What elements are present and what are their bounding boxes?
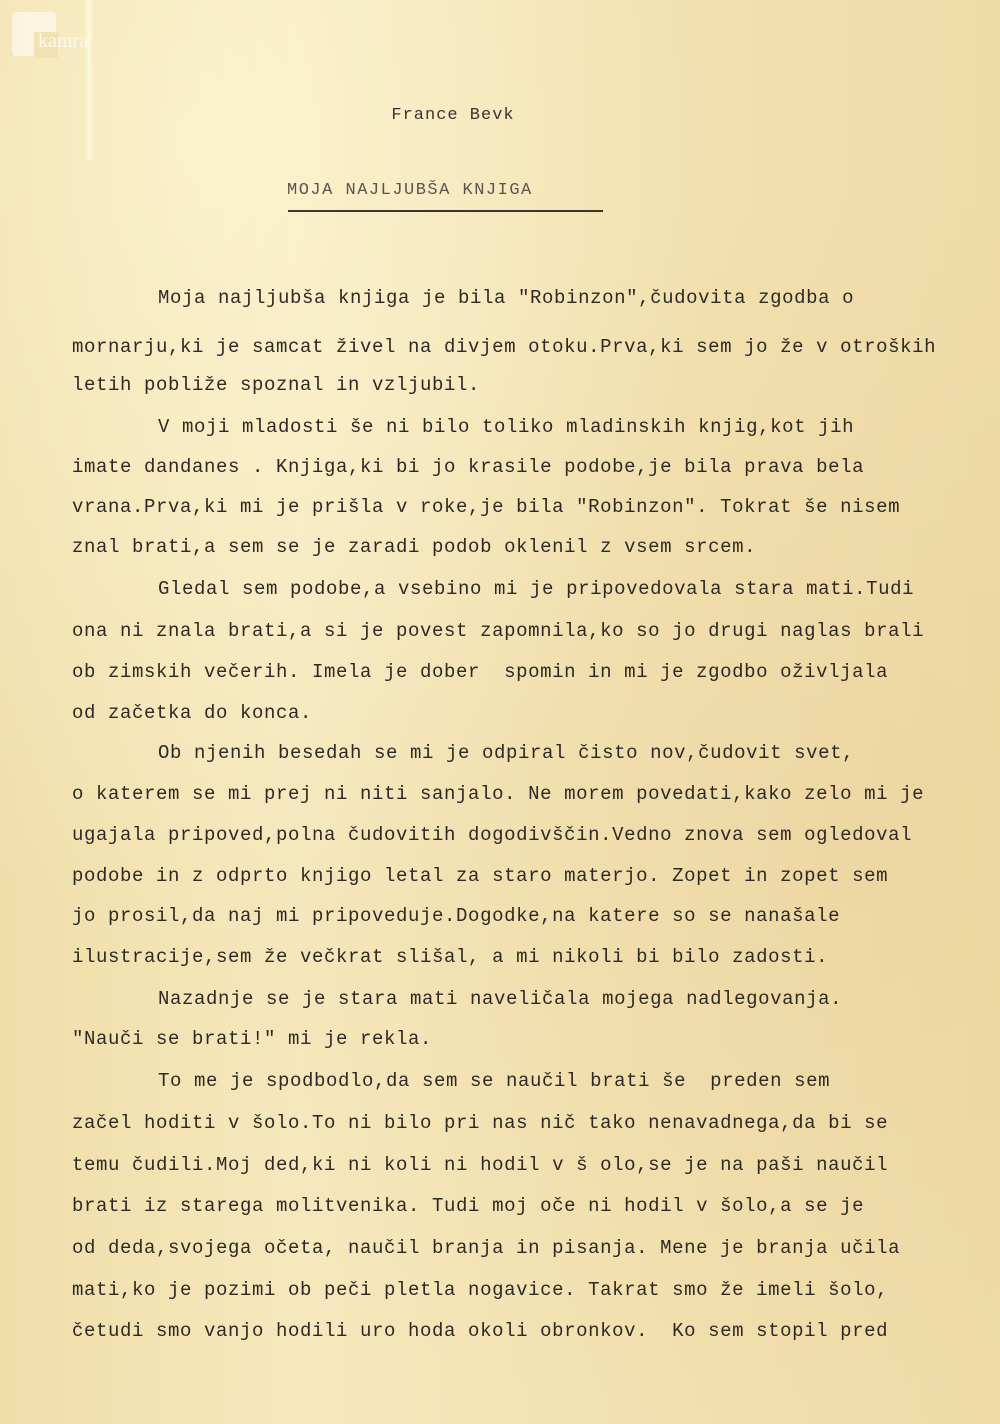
text-line: ona ni znala brati,a si je povest zapomn…	[72, 620, 924, 642]
text-line: Nazadnje se je stara mati naveličala moj…	[158, 988, 842, 1010]
text-line: začel hoditi v šolo.To ni bilo pri nas n…	[72, 1112, 888, 1134]
text-line: ilustracije,sem že večkrat slišal, a mi …	[72, 946, 828, 968]
text-line: četudi smo vanjo hodili uro hoda okoli o…	[72, 1320, 888, 1342]
text-line: Ob njenih besedah se mi je odpiral čisto…	[158, 742, 854, 764]
text-line: V moji mladosti še ni bilo toliko mladin…	[158, 416, 854, 438]
text-line: ugajala pripoved,polna čudovitih dogodiv…	[72, 824, 912, 846]
document-author: France Bevk	[0, 106, 906, 125]
text-line: od deda,svojega očeta, naučil branja in …	[72, 1237, 900, 1259]
text-line: imate dandanes . Knjiga,ki bi jo krasile…	[72, 456, 864, 478]
document-title: MOJA NAJLJUBŠA KNJIGA	[287, 181, 533, 200]
text-line: To me je spodbodlo,da sem se naučil brat…	[158, 1070, 830, 1092]
title-underline	[288, 210, 603, 212]
kamra-watermark: kamra	[12, 12, 122, 62]
text-line: podobe in z odprto knjigo letal za staro…	[72, 865, 888, 887]
text-line: od začetka do konca.	[72, 702, 312, 724]
text-line: jo prosil,da naj mi pripoveduje.Dogodke,…	[72, 905, 840, 927]
text-line: mati,ko je pozimi ob peči pletla nogavic…	[72, 1279, 888, 1301]
watermark-text: kamra	[38, 30, 88, 53]
text-line: letih pobliže spoznal in vzljubil.	[72, 374, 480, 396]
text-line: temu čudili.Moj ded,ki ni koli ni hodil …	[72, 1154, 888, 1176]
text-line: brati iz starega molitvenika. Tudi moj o…	[72, 1195, 864, 1217]
text-line: o katerem se mi prej ni niti sanjalo. Ne…	[72, 783, 924, 805]
text-line: vrana.Prva,ki mi je prišla v roke,je bil…	[72, 496, 900, 518]
text-line: mornarju,ki je samcat živel na divjem ot…	[72, 336, 936, 358]
text-line: "Nauči se brati!" mi je rekla.	[72, 1028, 432, 1050]
text-line: ob zimskih večerih. Imela je dober spomi…	[72, 661, 888, 683]
text-line: Moja najljubša knjiga je bila "Robinzon"…	[158, 287, 854, 309]
text-line: Gledal sem podobe,a vsebino mi je pripov…	[158, 578, 914, 600]
text-line: znal brati,a sem se je zaradi podob okle…	[72, 536, 756, 558]
